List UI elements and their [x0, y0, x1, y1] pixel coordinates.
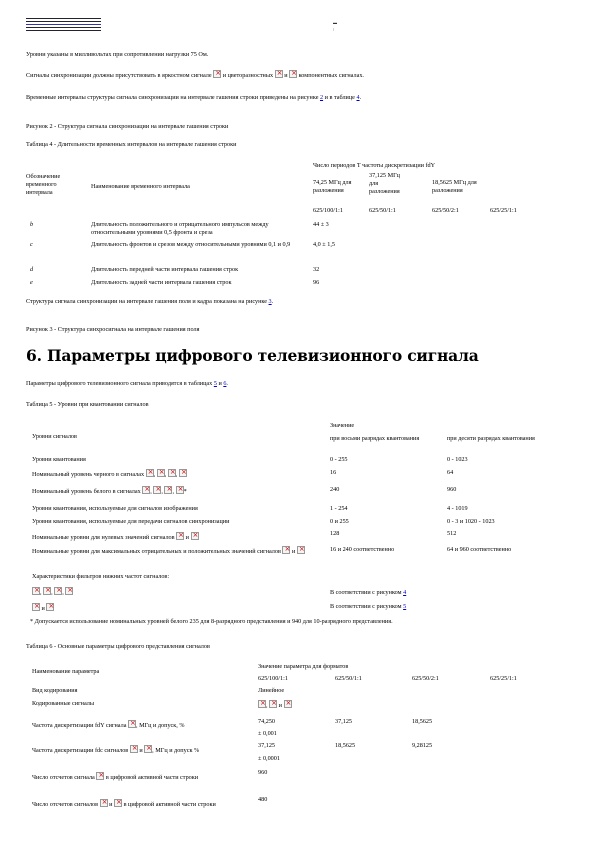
table-4-sub-header: 74,25 МГц для разложения: [313, 179, 363, 195]
link-figure-4[interactable]: 4: [403, 589, 406, 596]
broken-image-icon: [146, 469, 154, 477]
broken-image-icon: [289, 70, 297, 78]
table-4-format: 625/50/2:1: [432, 207, 459, 215]
table-5-footnote: * Допускается использование номинальных …: [30, 618, 393, 626]
table-6-format: 625/50/2:1: [412, 675, 439, 683]
table-5-caption: Таблица 5 - Уровни при квантовании сигна…: [26, 401, 149, 409]
table-5-group-header: Значение: [330, 422, 354, 430]
table-row: Характеристики фильтров нижних частот си…: [32, 573, 169, 581]
link-table-5[interactable]: 5: [214, 380, 217, 387]
table-6-format: 625/50/1:1: [335, 675, 362, 683]
table-5-sub-header: при десяти разрядах квантования: [447, 435, 537, 443]
table-4-format: 625/100/1:1: [313, 207, 343, 215]
broken-image-icon: [153, 486, 161, 494]
broken-image-icon: [130, 745, 138, 753]
link-figure-5[interactable]: 5: [403, 603, 406, 610]
broken-image-icon: [269, 700, 277, 708]
table-4-col1-header: Обозначение временного интервала: [26, 173, 76, 196]
table-6-col1-header: Наименование параметра: [32, 668, 99, 676]
broken-image-icon: [54, 587, 62, 595]
link-figure-3[interactable]: 3: [269, 298, 272, 305]
broken-image-icon: [191, 532, 199, 540]
table-4-sub-header: 37,125 МГц для разложения: [369, 172, 409, 195]
table-6-caption: Таблица 6 - Основные параметры цифрового…: [26, 643, 210, 651]
broken-image-icon: [32, 587, 40, 595]
broken-image-icon: [46, 603, 54, 611]
broken-image-icon: [282, 546, 290, 554]
broken-image-icon: [168, 469, 176, 477]
figure-3-caption: Рисунок 3 - Структура синхросигнала на и…: [26, 326, 199, 334]
section-title: 6. Параметры цифрового телевизионного си…: [26, 346, 479, 365]
table-4-group-header: Число периодов T частоты дискретизации f…: [313, 162, 435, 170]
broken-image-icon: [213, 70, 221, 78]
figure-2-caption: Рисунок 2 - Структура сигнала синхрониза…: [26, 123, 228, 131]
broken-image-icon: [176, 532, 184, 540]
table-6-group-header: Значение параметра для форматов: [258, 663, 348, 671]
link-table-4[interactable]: 4: [356, 94, 359, 101]
broken-image-icon: [144, 745, 152, 753]
broken-image-icon: [65, 587, 73, 595]
table-4-sub-header: 18,5625 МГц для разложения: [432, 179, 492, 195]
broken-image-icon: [157, 469, 165, 477]
broken-image-icon: [32, 603, 40, 611]
paragraph-field-sync: Структура сигнала синхронизации на интер…: [26, 298, 273, 306]
table-4-caption: Таблица 4 - Длительности временных интер…: [26, 141, 236, 149]
broken-image-icon: [176, 486, 184, 494]
paragraph-time-intervals: Временные интервалы структуры сигнала си…: [26, 94, 361, 102]
broken-image-icon: [142, 486, 150, 494]
table-6-format: 625/100/1:1: [258, 675, 288, 683]
broken-image-icon: [284, 700, 292, 708]
table-4-format: 625/25/1:1: [490, 207, 517, 215]
broken-image-icon: [179, 469, 187, 477]
broken-image-icon: [164, 486, 172, 494]
table-5-col1-header: Уровни сигналов: [32, 433, 77, 441]
paragraph-params-intro: Параметры цифрового телевизионного сигна…: [26, 380, 228, 388]
table-4-col2-header: Наименование временного интервала: [91, 183, 190, 191]
table-4-format: 625/50/1:1: [369, 207, 396, 215]
paragraph-levels-note: Уровни указаны в милливольтах при сопрот…: [26, 51, 208, 59]
broken-image-icon: [114, 799, 122, 807]
broken-image-icon: [96, 772, 104, 780]
broken-image-icon: [43, 587, 51, 595]
broken-image-icon: [100, 799, 108, 807]
broken-image-icon: [258, 700, 266, 708]
header-right-marks: ▬: [333, 20, 337, 25]
paragraph-sync-signals: Сигналы синхронизации должны присутствов…: [26, 70, 364, 80]
link-figure-2[interactable]: 2: [320, 94, 323, 101]
broken-image-icon: [275, 70, 283, 78]
header-text-block: [26, 18, 101, 33]
link-table-6[interactable]: 6: [223, 380, 226, 387]
table-5-sub-header: при восьми разрядах квантования: [330, 435, 420, 443]
header-right-dots: ⁝: [333, 27, 334, 32]
broken-image-icon: [297, 546, 305, 554]
broken-image-icon: [128, 720, 136, 728]
table-6-format: 625/25/1:1: [490, 675, 517, 683]
